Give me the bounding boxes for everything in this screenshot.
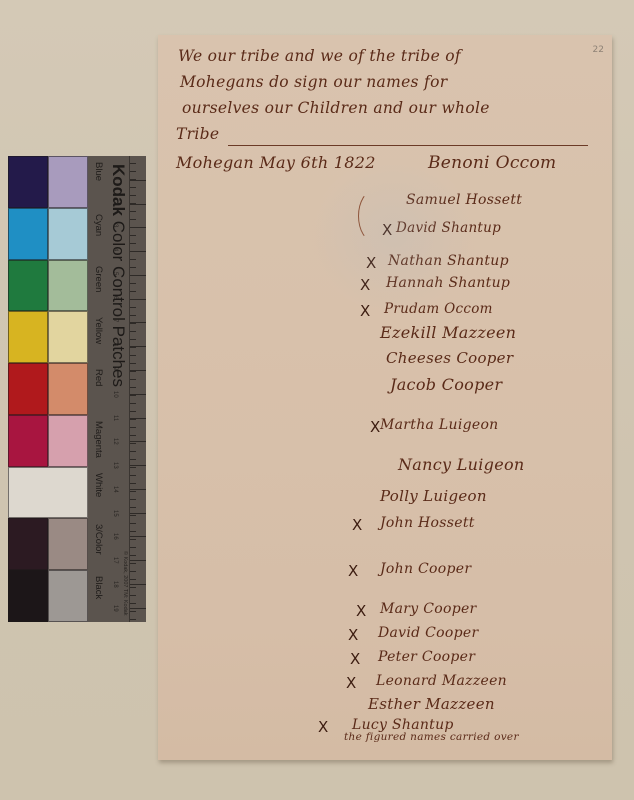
cm-tick-label: 17: [112, 557, 118, 564]
patch-black-dark: [8, 570, 48, 622]
patch-black-light: [48, 570, 88, 622]
signature: Prudam Occom: [384, 301, 493, 317]
signature: Jacob Cooper: [390, 375, 502, 394]
kodak-brand: Kodak: [109, 164, 128, 216]
signature-mark-x: X: [348, 626, 358, 644]
patch-blue-light: [48, 156, 88, 208]
cm-tick: [130, 441, 146, 442]
cm-tick-label: 1: [112, 177, 118, 180]
patch-yellow-dark: [8, 311, 48, 363]
patch-yellow-light: [48, 311, 88, 363]
cm-tick: [130, 560, 146, 561]
cm-tick: [130, 275, 146, 276]
cm-tick-label: 9: [112, 367, 118, 370]
signature: Samuel Hossett: [406, 192, 522, 208]
patch-label: Cyan: [93, 214, 104, 236]
patch-row-blue: [8, 156, 88, 208]
cm-tick-label: 8: [112, 343, 118, 346]
signature: David Cooper: [378, 625, 478, 641]
patch-row-yellow: [8, 311, 88, 363]
signature: Cheeses Cooper: [386, 349, 513, 367]
preamble-line-3: ourselves our Children and our whole: [182, 95, 490, 121]
signature: Leonard Mazzeen: [376, 673, 507, 689]
patch-red-dark: [8, 363, 48, 415]
patch-green-dark: [8, 260, 48, 312]
cm-tick: [130, 299, 146, 300]
cm-tick-label: 7: [112, 319, 118, 322]
patch-label: Green: [93, 266, 104, 292]
cm-tick-label: 3: [112, 224, 118, 227]
cm-tick: [130, 608, 146, 609]
signature-mark-x: X: [352, 516, 362, 534]
cm-tick: [130, 346, 146, 347]
patch-green-light: [48, 260, 88, 312]
cm-tick: [130, 513, 146, 514]
patch-blue-dark: [8, 156, 48, 208]
cm-tick: [130, 465, 146, 466]
signature-mark-x: X: [356, 602, 366, 620]
signature: Nathan Shantup: [388, 253, 509, 269]
signature: Esther Mazzeen: [368, 695, 495, 713]
patch-row-black: [8, 570, 88, 622]
cm-tick-label: 14: [112, 486, 118, 493]
cm-tick-label: 12: [112, 438, 118, 445]
cm-tick: [130, 251, 146, 252]
cm-tick: [130, 536, 146, 537]
cm-tick-label: 19: [112, 605, 118, 612]
patch-label: White: [93, 473, 104, 497]
signature: John Hossett: [380, 515, 475, 531]
patch-label: Red: [93, 369, 104, 386]
cm-tick: [130, 394, 146, 395]
patch-magenta-light: [48, 415, 88, 467]
patch-row-red: [8, 363, 88, 415]
signature-mark-x: X: [318, 718, 328, 736]
patch-3-color-dark: [8, 518, 48, 570]
patch-row-cyan: [8, 208, 88, 260]
cm-tick-label: 15: [112, 510, 118, 517]
patch-row-3-color: [8, 518, 88, 570]
cm-tick: [130, 204, 146, 205]
cm-tick: [130, 322, 146, 323]
ruler-scale: [129, 156, 146, 622]
patch-label: Yellow: [93, 317, 104, 344]
signature-mark-x: X: [370, 418, 380, 436]
signature: Peter Cooper: [378, 649, 475, 665]
color-patches: [8, 156, 88, 622]
signature: Mary Cooper: [380, 601, 477, 617]
cm-tick: [130, 370, 146, 371]
cm-tick-label: 5: [112, 272, 118, 275]
signature: Nancy Luigeon: [398, 455, 525, 474]
patch-white: [8, 467, 88, 519]
cm-tick-label: 4: [112, 248, 118, 251]
signature: Martha Luigeon: [380, 417, 499, 433]
preamble-line-4: Tribe: [176, 121, 219, 147]
cm-tick-label: 13: [112, 462, 118, 469]
patch-row-white: [8, 467, 88, 519]
signature-mark-x: X: [360, 276, 370, 294]
signature-mark-x: X: [348, 562, 358, 580]
kodak-title: Color Control Patches: [109, 221, 128, 387]
signature-mark-x: X: [350, 650, 360, 668]
cm-tick-label: 10: [112, 391, 118, 398]
signature: Benoni Occom: [428, 153, 556, 173]
signature: John Cooper: [380, 561, 471, 577]
patch-label: Magenta: [93, 421, 104, 458]
patch-cyan-light: [48, 208, 88, 260]
kodak-copyright: © Kodak, 2007 TM: Kodak: [122, 551, 128, 616]
preamble-rule: [228, 145, 588, 146]
cm-tick-label: 18: [112, 581, 118, 588]
kodak-ruler: Kodak Color Control Patches © Kodak, 200…: [88, 156, 146, 622]
patch-row-magenta: [8, 415, 88, 467]
manuscript-page: 22 We our tribe and we of the tribe of M…: [158, 35, 612, 760]
cm-tick-label: 2: [112, 201, 118, 204]
cm-tick-label: 6: [112, 296, 118, 299]
patch-label: 3/Color: [93, 524, 104, 555]
cm-tick: [130, 418, 146, 419]
signature-mark-x: X: [366, 254, 376, 272]
patch-3-color-light: [48, 518, 88, 570]
patch-cyan-dark: [8, 208, 48, 260]
cm-tick: [130, 489, 146, 490]
patch-label: Blue: [93, 162, 104, 181]
footer-note: the figured names carried over: [344, 731, 519, 743]
cm-tick-label: 11: [112, 415, 118, 421]
dateline: Mohegan May 6th 1822: [176, 153, 376, 172]
folio-number: 22: [593, 45, 604, 55]
cm-tick: [130, 227, 146, 228]
kodak-brand-title: Kodak Color Control Patches: [108, 164, 128, 387]
patch-red-light: [48, 363, 88, 415]
flourish-mark: [358, 190, 390, 242]
signature-mark-x: X: [360, 302, 370, 320]
cm-tick: [130, 584, 146, 585]
signature: Polly Luigeon: [380, 487, 487, 505]
cm-tick: [130, 180, 146, 181]
preamble-line-1: We our tribe and we of the tribe of: [178, 43, 461, 69]
signature-mark-x: X: [346, 674, 356, 692]
cm-tick-label: 16: [112, 533, 118, 540]
patch-label: Black: [93, 576, 104, 599]
patch-row-green: [8, 260, 88, 312]
kodak-color-chart: Kodak Color Control Patches © Kodak, 200…: [8, 156, 146, 622]
signature: David Shantup: [396, 220, 501, 236]
signature: Hannah Shantup: [386, 275, 510, 291]
patch-magenta-dark: [8, 415, 48, 467]
preamble-line-2: Mohegans do sign our names for: [180, 69, 447, 95]
signature: Ezekill Mazzeen: [380, 323, 516, 342]
